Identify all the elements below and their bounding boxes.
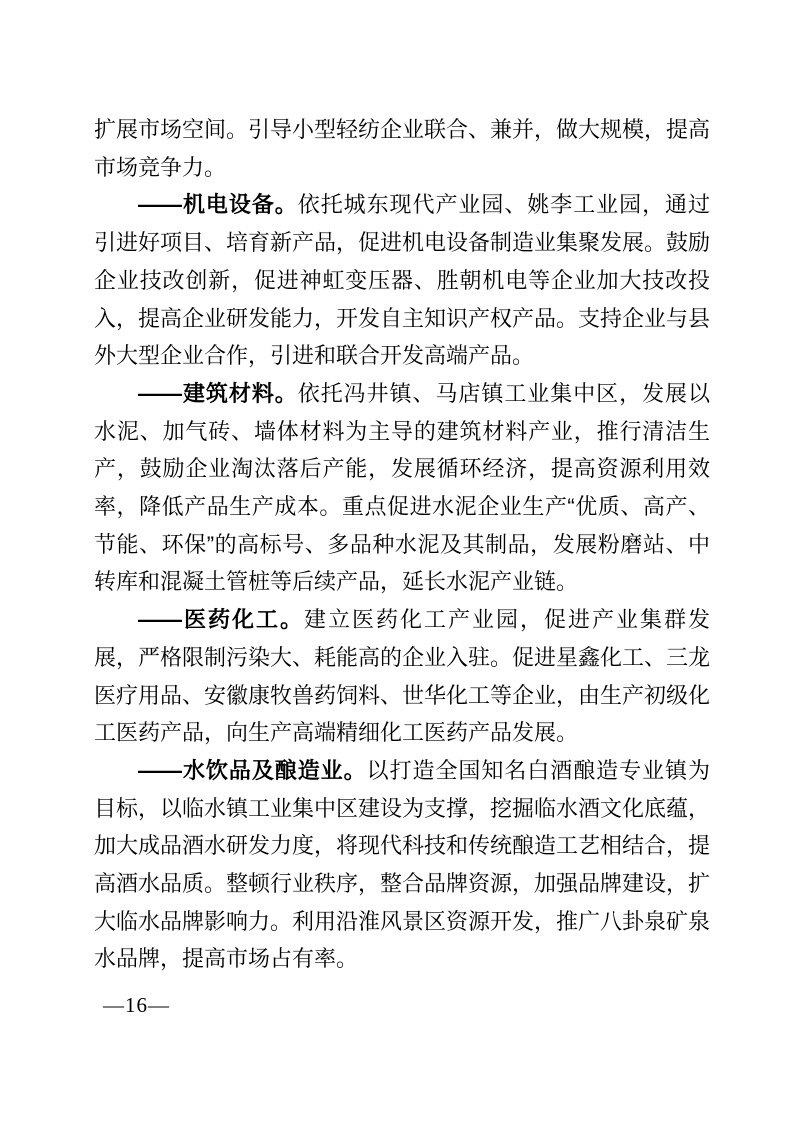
paragraph-electromechanical: ——机电设备。依托城东现代产业园、姚李工业园，通过引进好项目、培育新产品，促进机…: [94, 186, 710, 375]
paragraph-heading: ——医药化工。: [138, 607, 304, 632]
paragraph-text: 扩展市场空间。引导小型轻纺企业联合、兼并，做大规模，提高市场竞争力。: [94, 117, 710, 180]
document-page: 扩展市场空间。引导小型轻纺企业联合、兼并，做大规模，提高市场竞争力。 ——机电设…: [0, 0, 793, 1122]
paragraph-heading: ——机电设备。: [138, 192, 298, 217]
paragraph-beverage-brewing: ——水饮品及酿造业。以打造全国知名白酒酿造专业镇为目标，以临水镇工业集中区建设为…: [94, 752, 710, 978]
paragraph-heading: ——水饮品及酿造业。: [138, 758, 367, 783]
document-body: 扩展市场空间。引导小型轻纺企业联合、兼并，做大规模，提高市场竞争力。 ——机电设…: [94, 111, 710, 978]
paragraph-text: 以打造全国知名白酒酿造专业镇为目标，以临水镇工业集中区建设为支撑，挖掘临水酒文化…: [94, 758, 710, 972]
paragraph-building-materials: ——建筑材料。依托冯井镇、马店镇工业集中区，发展以水泥、加气砖、墙体材料为主导的…: [94, 375, 710, 601]
paragraph-text: 依托冯井镇、马店镇工业集中区，发展以水泥、加气砖、墙体材料为主导的建筑材料产业，…: [94, 381, 710, 595]
paragraph-heading: ——建筑材料。: [138, 381, 298, 406]
paragraph-continuation: 扩展市场空间。引导小型轻纺企业联合、兼并，做大规模，提高市场竞争力。: [94, 111, 710, 186]
page-number: —16—: [103, 993, 170, 1018]
paragraph-pharma-chemical: ——医药化工。建立医药化工产业园，促进产业集群发展，严格限制污染大、耗能高的企业…: [94, 601, 710, 752]
paragraph-text: 依托城东现代产业园、姚李工业园，通过引进好项目、培育新产品，促进机电设备制造业集…: [94, 192, 710, 368]
